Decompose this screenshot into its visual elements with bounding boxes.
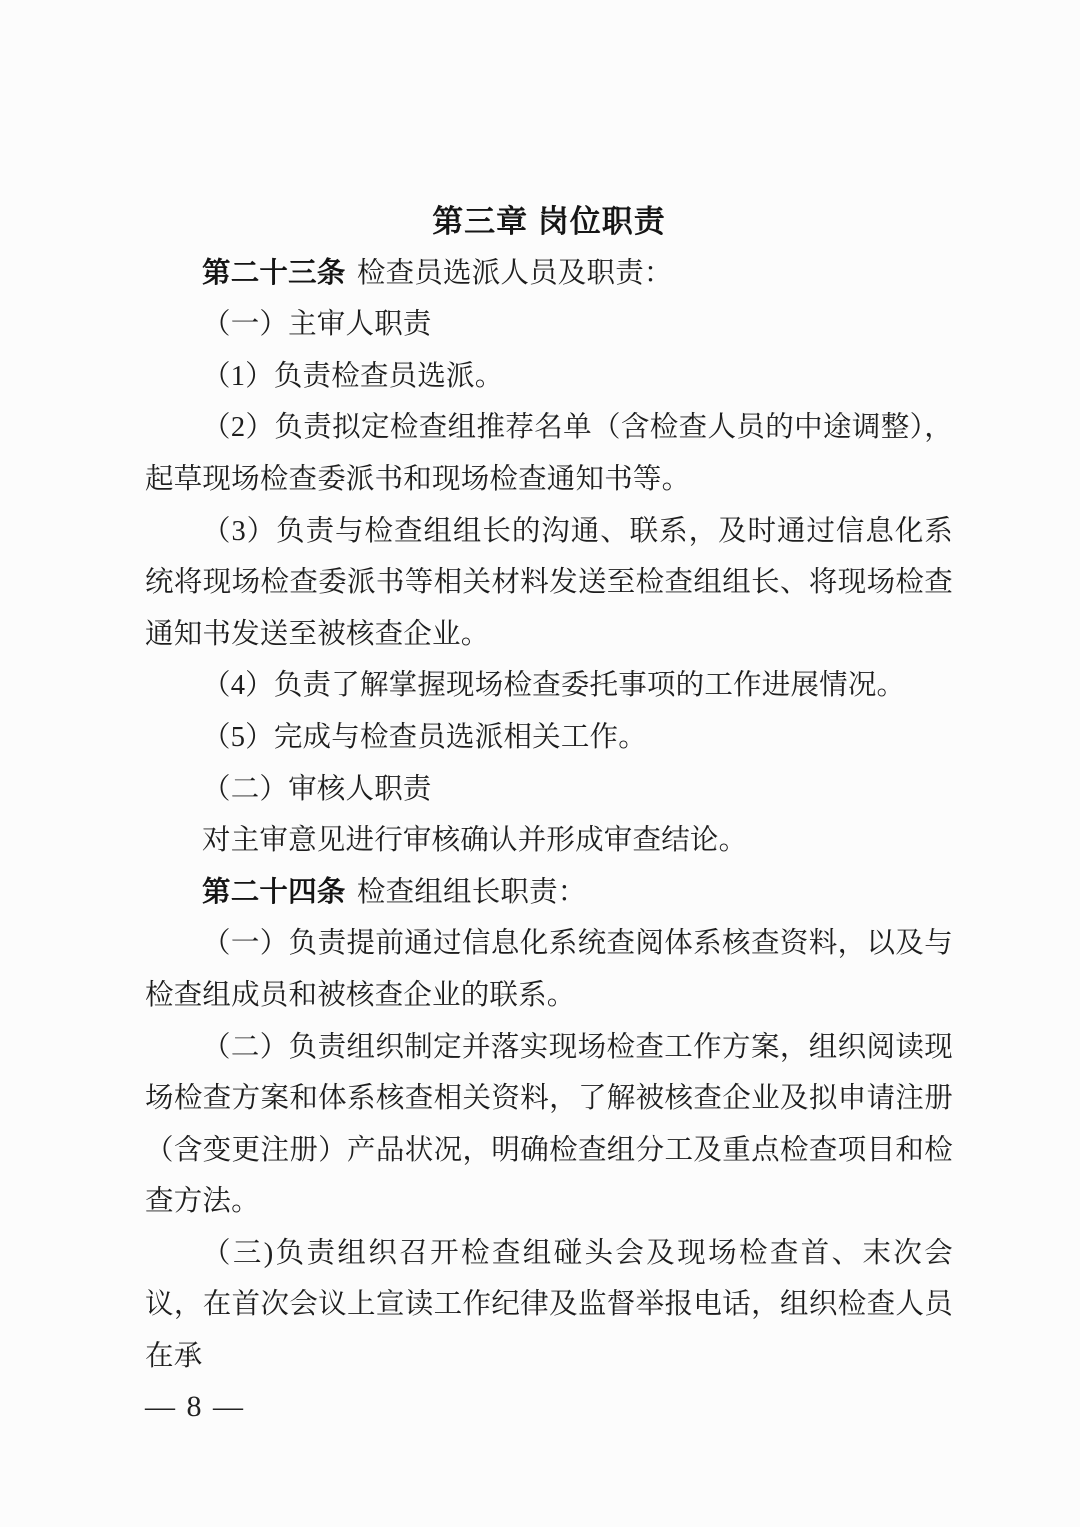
paragraph: （5）完成与检查员选派相关工作。 xyxy=(145,712,953,764)
paragraph-text: （5）完成与检查员选派相关工作。 xyxy=(202,722,647,753)
paragraph: （3）负责与检查组组长的沟通、联系，及时通过信息化系统将现场检查委派书等相关材料… xyxy=(145,506,953,661)
text-column: 第三章 岗位职责 第二十三条检查员选派人员及职责： （一）主审人职责 （1）负责… xyxy=(145,196,953,1383)
paragraph-article-23: 第二十三条检查员选派人员及职责： xyxy=(145,248,953,300)
paragraph: （一）负责提前通过信息化系统查阅体系核查资料，以及与检查组成员和被核查企业的联系… xyxy=(145,918,953,1021)
paragraph-text: 检查员选派人员及职责： xyxy=(357,258,673,289)
paragraph: （二）审核人职责 xyxy=(145,764,953,816)
paragraph-text: （一）主审人职责 xyxy=(202,309,432,340)
paragraph-text: （1）负责检查员选派。 xyxy=(202,361,503,392)
paragraph-article-24: 第二十四条检查组组长职责： xyxy=(145,867,953,919)
article-label: 第二十四条 xyxy=(202,876,346,908)
paragraph: （三)负责组织召开检查组碰头会及现场检查首、末次会议，在首次会议上宣读工作纪律及… xyxy=(145,1228,953,1383)
paragraph-text: （2）负责拟定检查组推荐名单（含检查人员的中途调整），起草现场检查委派书和现场检… xyxy=(145,412,953,495)
paragraph: （一）主审人职责 xyxy=(145,299,953,351)
paragraph-text: （三)负责组织召开检查组碰头会及现场检查首、末次会议，在首次会议上宣读工作纪律及… xyxy=(145,1238,953,1372)
paragraph: （4）负责了解掌握现场检查委托事项的工作进展情况。 xyxy=(145,660,953,712)
document-page: 第三章 岗位职责 第二十三条检查员选派人员及职责： （一）主审人职责 （1）负责… xyxy=(0,0,1080,1527)
paragraph: （2）负责拟定检查组推荐名单（含检查人员的中途调整），起草现场检查委派书和现场检… xyxy=(145,402,953,505)
paragraph-text: （3）负责与检查组组长的沟通、联系，及时通过信息化系统将现场检查委派书等相关材料… xyxy=(145,516,953,650)
paragraph: （1）负责检查员选派。 xyxy=(145,351,953,403)
paragraph: （二）负责组织制定并落实现场检查工作方案，组织阅读现场检查方案和体系核查相关资料… xyxy=(145,1022,953,1228)
paragraph-text: 对主审意见进行审核确认并形成审查结论。 xyxy=(202,825,747,856)
paragraph-text: （4）负责了解掌握现场检查委托事项的工作进展情况。 xyxy=(202,670,905,701)
paragraph: 对主审意见进行审核确认并形成审查结论。 xyxy=(145,815,953,867)
paragraph-text: （二）负责组织制定并落实现场检查工作方案，组织阅读现场检查方案和体系核查相关资料… xyxy=(145,1032,953,1218)
article-label: 第二十三条 xyxy=(202,257,346,289)
chapter-title: 第三章 岗位职责 xyxy=(145,196,953,248)
paragraph-text: 检查组组长职责： xyxy=(357,877,587,908)
page-number: — 8 — xyxy=(145,1390,245,1424)
paragraph-text: （二）审核人职责 xyxy=(202,774,432,805)
paragraph-text: （一）负责提前通过信息化系统查阅体系核查资料，以及与检查组成员和被核查企业的联系… xyxy=(145,928,953,1011)
